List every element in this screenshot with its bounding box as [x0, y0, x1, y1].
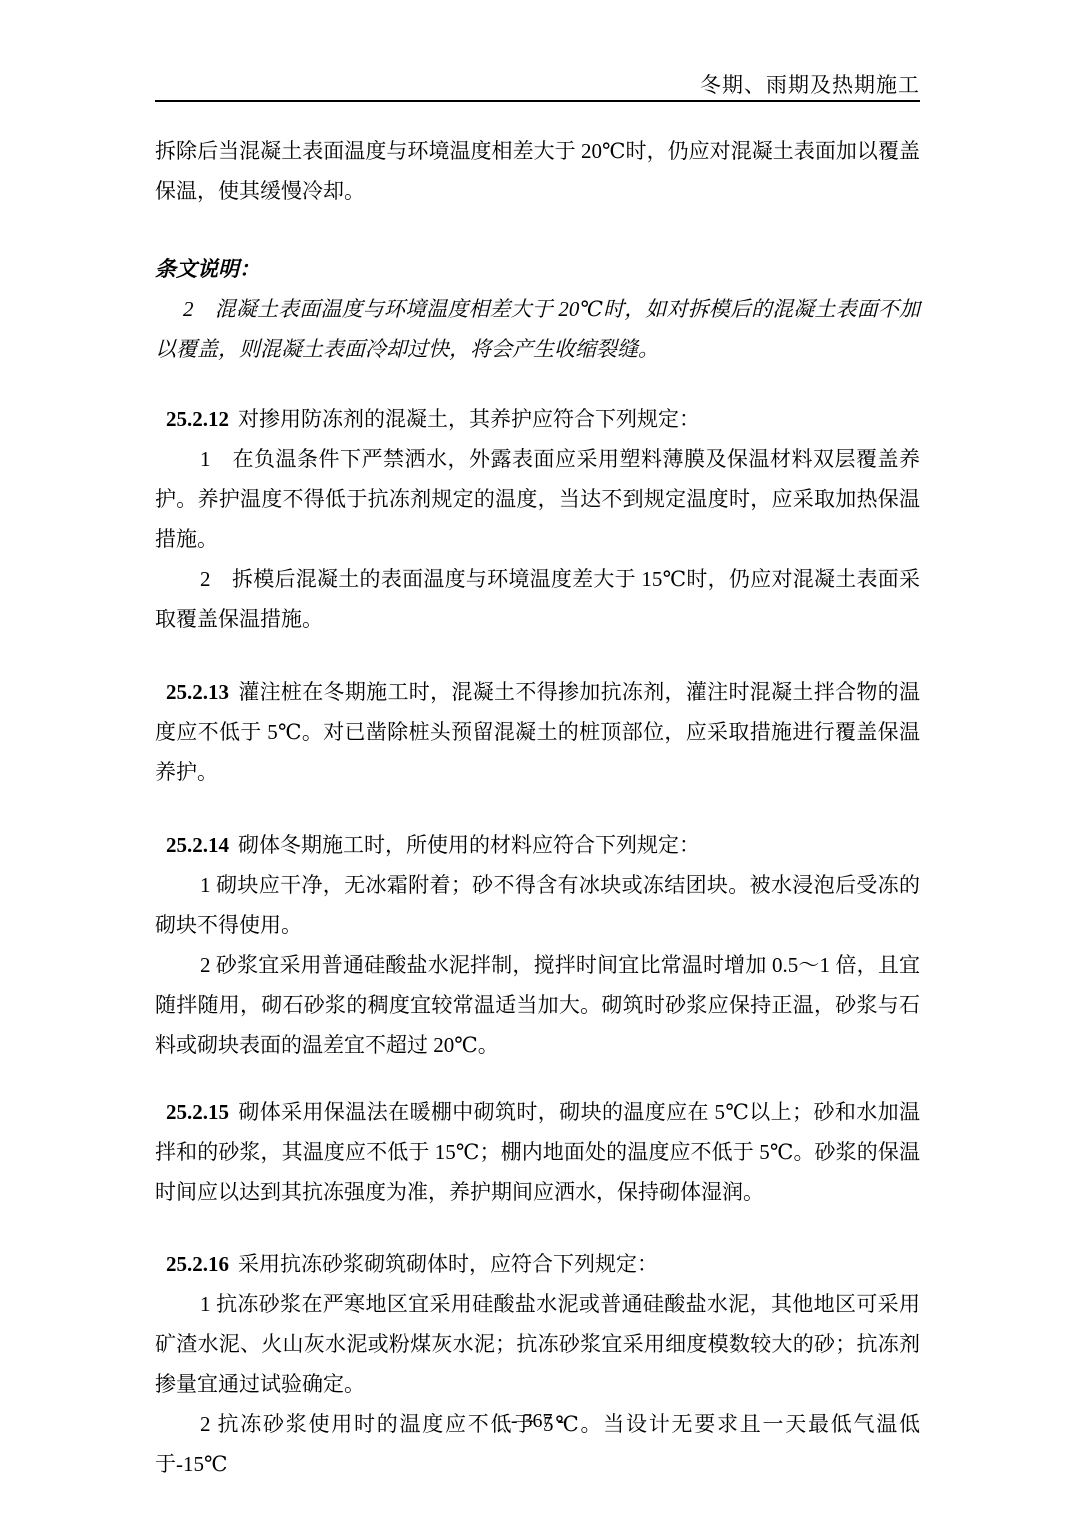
clause-text: 砌体冬期施工时，所使用的材料应符合下列规定：	[238, 833, 700, 857]
document-page: 冬期、雨期及热期施工 拆除后当混凝土表面温度与环境温度相差大于 20℃时，仍应对…	[0, 0, 1074, 1520]
running-header-title: 冬期、雨期及热期施工	[700, 73, 920, 97]
clause-text: 采用抗冻砂浆砌筑砌体时，应符合下列规定：	[238, 1252, 658, 1276]
page-number: - 367 -	[155, 1408, 920, 1434]
running-header: 冬期、雨期及热期施工	[155, 0, 920, 102]
clause-25-2-14-item-1: 1 砌块应干净，无冰霜附着；砂不得含有冰块或冻结团块。被水浸泡后受冻的砌块不得使…	[155, 865, 920, 945]
clause-text: 灌注桩在冬期施工时，混凝土不得掺加抗冻剂，灌注时混凝土拌合物的温度应不低于 5℃…	[155, 680, 920, 784]
clause-25-2-15: 25.2.15砌体采用保温法在暖棚中砌筑时，砌块的温度应在 5℃以上；砂和水加温…	[155, 1092, 920, 1212]
clause-number: 25.2.15	[166, 1100, 229, 1124]
clause-25-2-12-item-1: 1 在负温条件下严禁洒水，外露表面应采用塑料薄膜及保温材料双层覆盖养护。养护温度…	[155, 439, 920, 559]
clause-25-2-16: 25.2.16采用抗冻砂浆砌筑砌体时，应符合下列规定：	[155, 1244, 920, 1284]
clause-25-2-13: 25.2.13灌注桩在冬期施工时，混凝土不得掺加抗冻剂，灌注时混凝土拌合物的温度…	[155, 672, 920, 792]
clause-number: 25.2.12	[166, 407, 229, 431]
clause-number: 25.2.14	[166, 833, 229, 857]
clause-number: 25.2.16	[166, 1252, 229, 1276]
clause-25-2-14: 25.2.14砌体冬期施工时，所使用的材料应符合下列规定：	[155, 825, 920, 865]
note-section-heading: 条文说明：	[155, 249, 920, 289]
clause-number: 25.2.13	[166, 680, 229, 704]
clause-25-2-12-item-2: 2 拆模后混凝土的表面温度与环境温度差大于 15℃时，仍应对混凝土表面采取覆盖保…	[155, 559, 920, 639]
clause-25-2-16-item-1: 1 抗冻砂浆在严寒地区宜采用硅酸盐水泥或普通硅酸盐水泥，其他地区可采用矿渣水泥、…	[155, 1284, 920, 1404]
paragraph-continuation: 拆除后当混凝土表面温度与环境温度相差大于 20℃时，仍应对混凝土表面加以覆盖保温…	[155, 131, 920, 211]
clause-25-2-12: 25.2.12对掺用防冻剂的混凝土，其养护应符合下列规定：	[155, 399, 920, 439]
note-item-2: 2 混凝土表面温度与环境温度相差大于 20℃时，如对拆模后的混凝土表面不加以覆盖…	[155, 289, 920, 369]
page-content: 冬期、雨期及热期施工 拆除后当混凝土表面温度与环境温度相差大于 20℃时，仍应对…	[155, 0, 920, 1484]
clause-text: 砌体采用保温法在暖棚中砌筑时，砌块的温度应在 5℃以上；砂和水加温拌和的砂浆，其…	[155, 1100, 920, 1204]
clause-text: 对掺用防冻剂的混凝土，其养护应符合下列规定：	[238, 407, 700, 431]
clause-25-2-14-item-2: 2 砂浆宜采用普通硅酸盐水泥拌制，搅拌时间宜比常温时增加 0.5～1 倍，且宜随…	[155, 945, 920, 1065]
